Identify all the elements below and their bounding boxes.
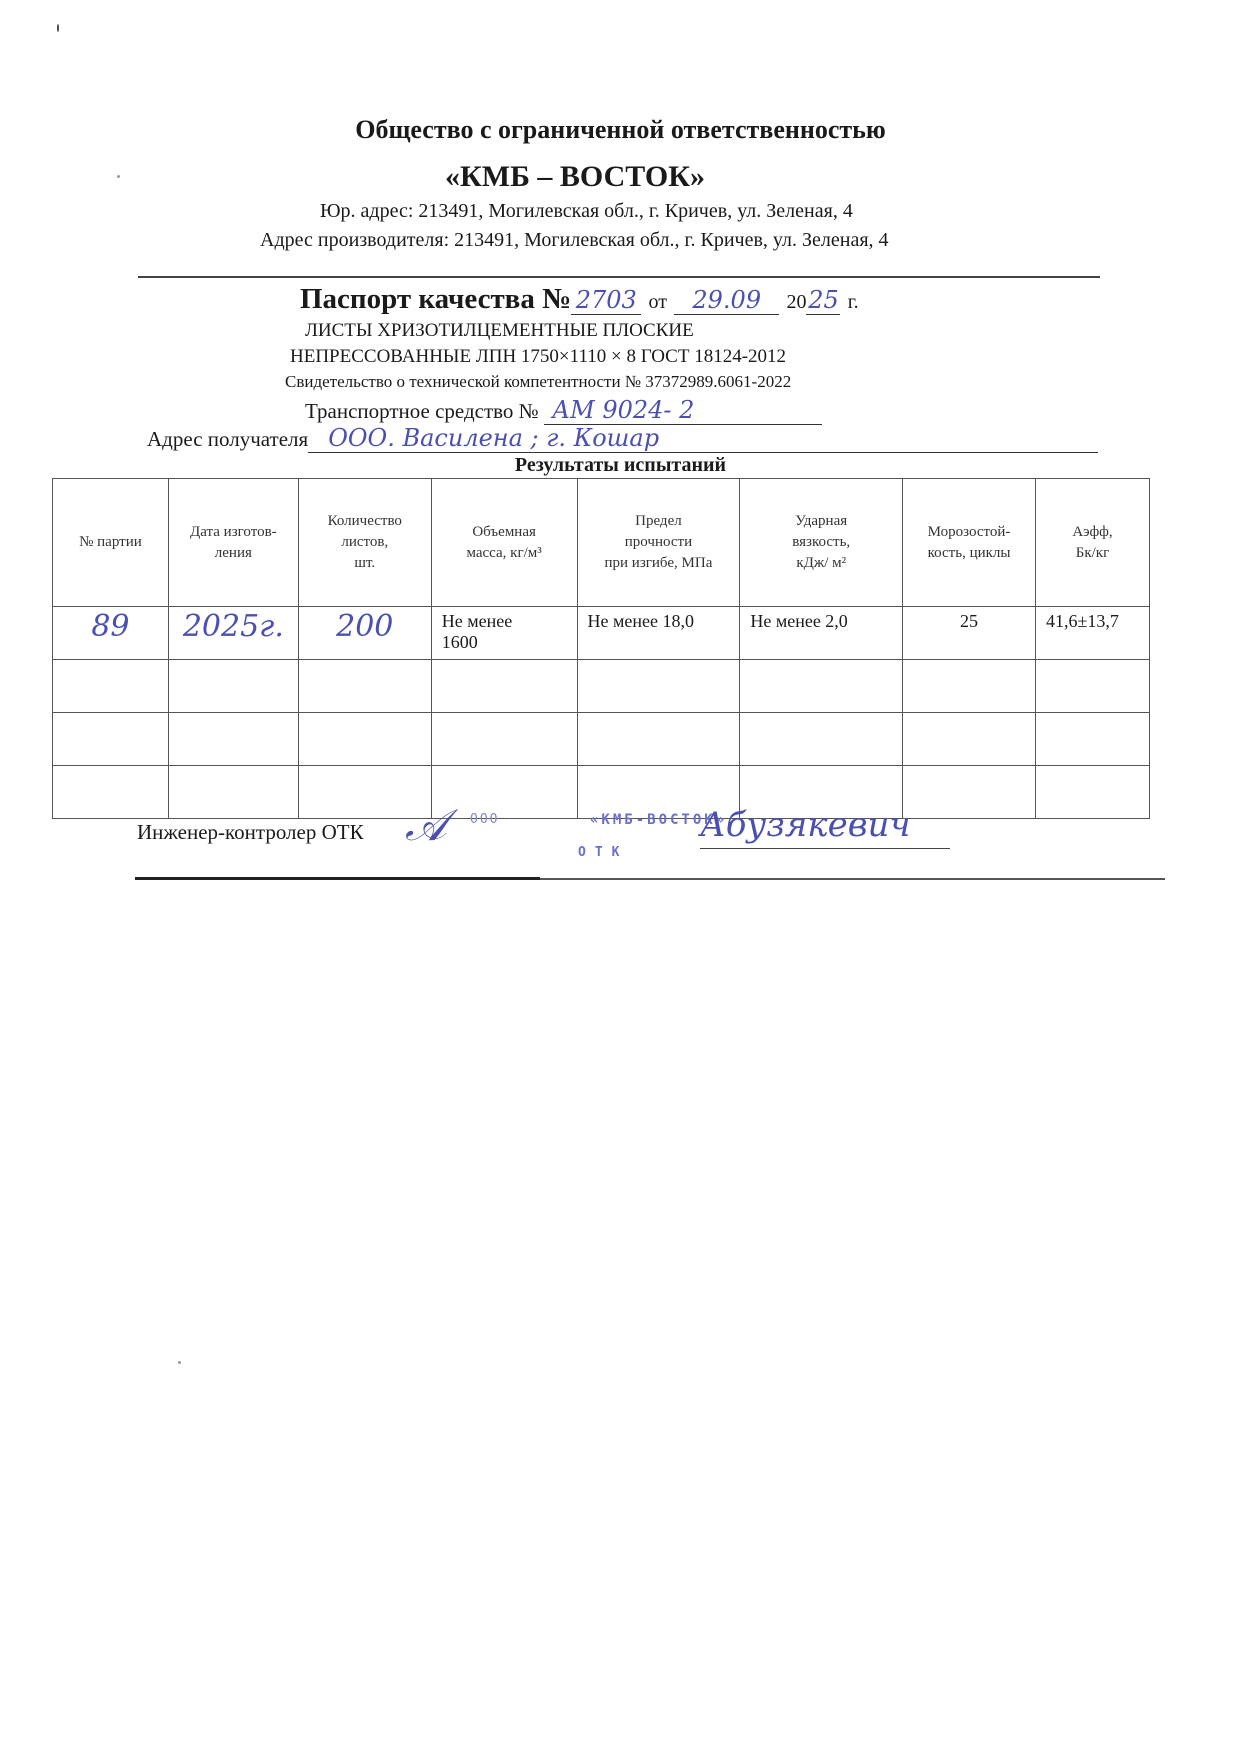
table-cell[interactable] <box>53 660 169 713</box>
table-cell[interactable] <box>1035 713 1149 766</box>
table-cell[interactable] <box>903 766 1036 819</box>
table-cell[interactable]: Не менее 18,0 <box>577 607 740 660</box>
table-cell[interactable] <box>431 660 577 713</box>
table-cell[interactable] <box>740 660 903 713</box>
table-cell[interactable]: 2025г. <box>168 607 298 660</box>
table-cell[interactable] <box>168 660 298 713</box>
certificate-line: Свидетельство о технической компетентнос… <box>285 372 791 392</box>
stamp-text-otk: ОТК <box>578 845 628 860</box>
column-header: Морозостой- кость, циклы <box>903 479 1036 607</box>
table-cell[interactable] <box>168 766 298 819</box>
column-header: Ударная вязкость, кДж/ м² <box>740 479 903 607</box>
table-cell[interactable] <box>53 713 169 766</box>
passport-date-field[interactable]: 29.09 <box>674 286 779 315</box>
product-line-2: НЕПРЕССОВАННЫЕ ЛПН 1750×1110 × 8 ГОСТ 18… <box>290 346 786 368</box>
table-cell[interactable] <box>431 766 577 819</box>
column-header: Объемная масса, кг/м³ <box>431 479 577 607</box>
results-table: № партииДата изготов- ленияКоличество ли… <box>52 478 1150 819</box>
table-cell[interactable]: Не менее 1600 <box>431 607 577 660</box>
results-title: Результаты испытаний <box>0 454 1241 477</box>
column-header: Дата изготов- ления <box>168 479 298 607</box>
legal-address: Юр. адрес: 213491, Могилевская обл., г. … <box>320 200 853 223</box>
table-cell[interactable] <box>431 713 577 766</box>
table-row: 892025г.200Не менее 1600Не менее 18,0Не … <box>53 607 1150 660</box>
table-cell[interactable] <box>577 713 740 766</box>
column-header: Предел прочности при изгибе, МПа <box>577 479 740 607</box>
transport-number-field[interactable]: АМ 9024- 2 <box>544 396 822 425</box>
table-row <box>53 713 1150 766</box>
results-header-row: № партииДата изготов- ленияКоличество ли… <box>53 479 1150 607</box>
from-label: от <box>649 291 667 313</box>
year-suffix-label: г. <box>848 291 859 313</box>
passport-title: Паспорт качества №2703 от 29.09 2025 г. <box>300 283 859 316</box>
table-cell[interactable] <box>1035 660 1149 713</box>
passport-year-field[interactable]: 25 <box>806 286 840 315</box>
table-cell[interactable] <box>903 660 1036 713</box>
scan-speck <box>117 175 120 178</box>
footer-divider-bold <box>135 877 540 880</box>
table-cell[interactable] <box>298 713 431 766</box>
signature-name: Абузякевич <box>700 805 911 845</box>
table-row <box>53 660 1150 713</box>
recipient-label: Адрес получателя <box>147 427 308 451</box>
organization-name: «КМБ – ВОСТОК» <box>445 160 705 194</box>
passport-title-label: Паспорт качества № <box>300 283 571 315</box>
signature-line <box>700 848 950 849</box>
otk-engineer-label: Инженер-контролер ОТК <box>137 820 364 845</box>
signature-initials: 𝒜 <box>405 800 447 851</box>
recipient-address-field[interactable]: ООО. Василена ; г. Кошар <box>308 424 1098 453</box>
column-header: № партии <box>53 479 169 607</box>
header-divider <box>138 276 1100 278</box>
table-cell[interactable]: 25 <box>903 607 1036 660</box>
table-cell[interactable]: Не менее 2,0 <box>740 607 903 660</box>
table-cell[interactable]: 41,6±13,7 <box>1035 607 1149 660</box>
results-body: 892025г.200Не менее 1600Не менее 18,0Не … <box>53 607 1150 819</box>
table-cell[interactable] <box>298 660 431 713</box>
passport-number-field[interactable]: 2703 <box>571 286 641 315</box>
table-cell[interactable] <box>1035 766 1149 819</box>
year-prefix: 20 <box>786 291 806 313</box>
stamp-text-org: ООО <box>470 812 499 827</box>
table-cell[interactable]: 200 <box>298 607 431 660</box>
producer-address: Адрес производителя: 213491, Могилевская… <box>260 229 889 252</box>
table-cell[interactable]: 89 <box>53 607 169 660</box>
column-header: Аэфф, Бк/кг <box>1035 479 1149 607</box>
column-header: Количество листов, шт. <box>298 479 431 607</box>
transport-label: Транспортное средство № <box>305 399 539 423</box>
recipient-row: Адрес получателяООО. Василена ; г. Кошар <box>147 424 1098 453</box>
table-cell[interactable] <box>740 713 903 766</box>
transport-row: Транспортное средство № АМ 9024- 2 <box>305 396 822 425</box>
table-cell[interactable] <box>53 766 169 819</box>
product-line-1: ЛИСТЫ ХРИЗОТИЛЦЕМЕНТНЫЕ ПЛОСКИЕ <box>305 320 694 342</box>
table-cell[interactable] <box>577 660 740 713</box>
scan-speck <box>57 24 59 32</box>
table-cell[interactable] <box>168 713 298 766</box>
organization-type: Общество с ограниченной ответственностью <box>0 115 1241 145</box>
scan-speck <box>178 1361 181 1364</box>
table-row <box>53 766 1150 819</box>
table-cell[interactable] <box>903 713 1036 766</box>
